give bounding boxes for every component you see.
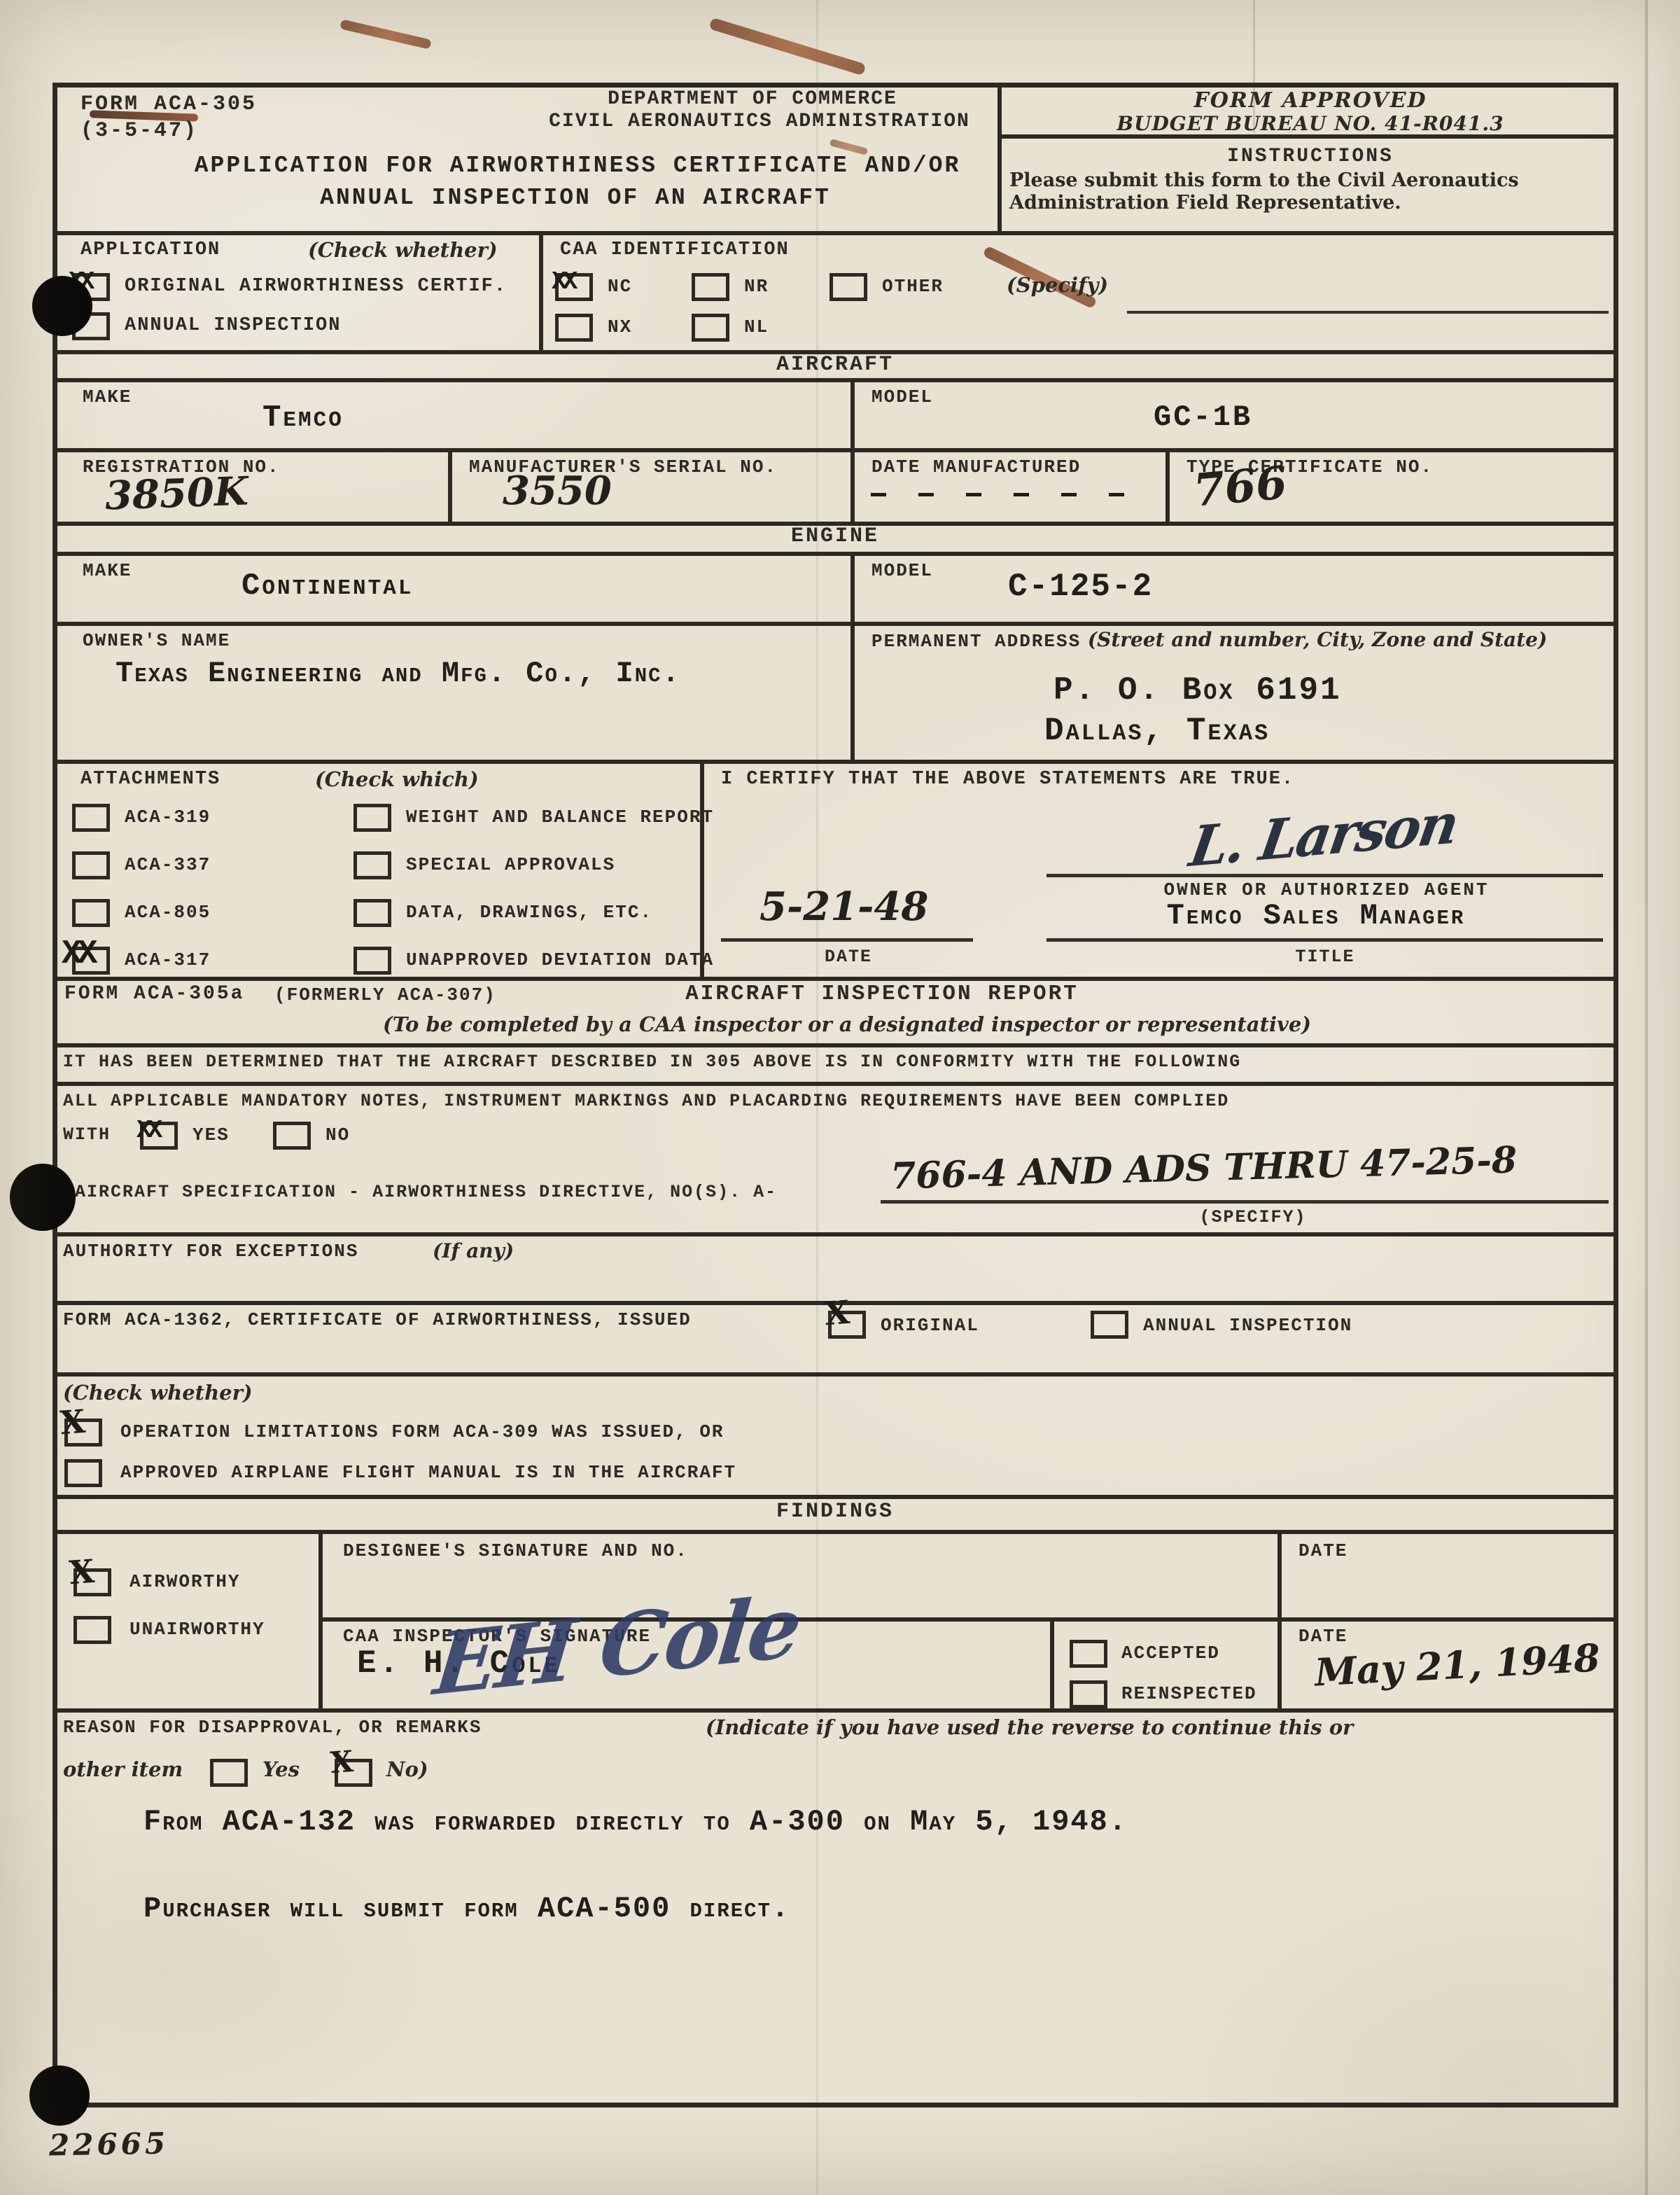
checkmark-complied-yes: XX: [136, 1116, 158, 1145]
checkbox-aca-805[interactable]: [72, 899, 110, 927]
checkbox-nx[interactable]: [555, 314, 593, 342]
checkbox-unairworthy[interactable]: [73, 1616, 111, 1644]
designee-signature-label: DESIGNEE'S SIGNATURE AND NO.: [343, 1540, 688, 1561]
option-nx-label: NX: [608, 316, 632, 337]
permanent-address-note: (Street and number, City, Zone and State…: [1088, 628, 1547, 651]
checkbox-aca-319[interactable]: [72, 804, 110, 832]
remarks-note1: (Indicate if you have used the reverse t…: [706, 1715, 1353, 1739]
unairworthy-label: UNAIRWORTHY: [129, 1619, 265, 1640]
attachments-label: ATTACHMENTS: [80, 769, 220, 790]
operation-limitations-label: OPERATION LIMITATIONS FORM ACA-309 WAS I…: [120, 1421, 724, 1442]
checkbox-reverse-yes[interactable]: [210, 1759, 248, 1787]
other-specify-line[interactable]: [1127, 311, 1609, 314]
application-note: (Check whether): [308, 238, 498, 262]
option-annual-inspection-label: ANNUAL INSPECTION: [125, 315, 341, 336]
checkmark-airworthy: X: [68, 1552, 95, 1591]
header-divider: [997, 83, 1002, 231]
paper-edge-strip: [1649, 0, 1680, 2195]
compliance-text-line1: ALL APPLICABLE MANDATORY NOTES, INSTRUME…: [63, 1091, 1229, 1111]
owner-title-label: TITLE: [1295, 947, 1354, 967]
instructions-title: INSTRUCTIONS: [1227, 146, 1394, 167]
specify-label: (SPECIFY): [1199, 1207, 1306, 1227]
option-special-approvals-label: SPECIAL APPROVALS: [406, 854, 615, 875]
engine-model-label: MODEL: [871, 560, 933, 581]
reverse-yes-label: Yes: [262, 1757, 300, 1781]
owner-name-label: OWNER'S NAME: [83, 630, 230, 651]
option-data-drawings-label: DATA, DRAWINGS, ETC.: [406, 902, 652, 923]
complied-no-label: NO: [325, 1124, 350, 1145]
checkbox-reinspected[interactable]: [1070, 1680, 1107, 1708]
checkbox-data-drawings[interactable]: [353, 899, 391, 927]
checkbox-flight-manual[interactable]: [64, 1459, 102, 1487]
application-divider: [539, 231, 543, 350]
option-nc-label: NC: [608, 276, 632, 297]
inspection-form-number: FORM ACA-305a: [64, 983, 244, 1005]
findings-accepted-divider: [1050, 1617, 1054, 1708]
checkbox-issued-annual[interactable]: [1091, 1311, 1128, 1339]
engine-model-value: C-125-2: [1008, 569, 1153, 605]
rule: [52, 977, 1618, 981]
date-manufactured-value: – – – – – –: [868, 475, 1130, 515]
owner-title-value: Temco Sales Manager: [1167, 899, 1466, 933]
engine-make-label: MAKE: [83, 560, 132, 581]
checkbox-accepted[interactable]: [1070, 1640, 1107, 1668]
rule: [52, 1082, 1618, 1086]
inspection-formerly: (FORMERLY ACA-307): [274, 984, 496, 1005]
owner-title-line[interactable]: [1046, 938, 1603, 942]
checkmark-reverse-no: X: [329, 1744, 354, 1780]
application-label: APPLICATION: [80, 239, 220, 260]
checkbox-special-approvals[interactable]: [353, 851, 391, 879]
engine-divider: [850, 552, 855, 760]
certificate-1362-text: FORM ACA-1362, CERTIFICATE OF AIRWORTHIN…: [63, 1309, 692, 1330]
hole-punch: [29, 2065, 90, 2126]
aircraft-make-value: Temco: [262, 400, 344, 435]
hole-punch: [10, 1164, 76, 1231]
compliance-text-line2: WITH: [63, 1124, 111, 1145]
authority-exceptions-note: (If any): [433, 1239, 514, 1262]
spec-directive-label: (AIRCRAFT SPECIFICATION - AIRWORTHINESS …: [63, 1182, 777, 1202]
check-whether-note: (Check whether): [63, 1381, 253, 1405]
footer-serial-stamp: 22665: [49, 2126, 169, 2163]
instructions-body: Please submit this form to the Civil Aer…: [1009, 169, 1611, 215]
checkbox-other[interactable]: [829, 273, 867, 301]
form-number: FORM ACA-305: [80, 92, 257, 116]
reinspected-label: REINSPECTED: [1121, 1683, 1257, 1704]
checkbox-aca-337[interactable]: [72, 851, 110, 879]
department-name: DEPARTMENT OF COMMERCE: [608, 88, 897, 110]
findings-date2-label: DATE: [1298, 1626, 1347, 1647]
checkbox-weight-balance[interactable]: [353, 804, 391, 832]
form-title-line1: APPLICATION FOR AIRWORTHINESS CERTIFICAT…: [195, 153, 961, 179]
form-revision-date: (3-5-47): [80, 119, 198, 143]
checkbox-nl[interactable]: [692, 314, 729, 342]
engine-make-value: Continental: [241, 569, 413, 604]
remarks-label: REASON FOR DISAPPROVAL, OR REMARKS: [63, 1717, 482, 1738]
type-cert-divider: [1165, 448, 1170, 522]
option-unapproved-deviation-label: UNAPPROVED DEVIATION DATA: [406, 949, 714, 970]
owner-signature-line[interactable]: [1046, 874, 1603, 877]
remarks-line2: Purchaser will submit form ACA-500 direc…: [143, 1892, 790, 1925]
hole-punch: [32, 276, 92, 336]
rule: [52, 622, 1618, 626]
owner-address-line2: Dallas, Texas: [1044, 713, 1270, 749]
remarks-note2: other item: [63, 1757, 183, 1781]
rule: [52, 1232, 1618, 1236]
administration-name: CIVIL AERONAUTICS ADMINISTRATION: [549, 111, 970, 132]
other-specify-note: (Specify): [1007, 273, 1108, 297]
approved-box-divider: [997, 134, 1618, 139]
determination-text: IT HAS BEEN DETERMINED THAT THE AIRCRAFT…: [63, 1052, 1241, 1072]
scanned-form-page: FORM ACA-305 (3-5-47) DEPARTMENT OF COMM…: [0, 0, 1680, 2195]
option-aca-317-label: ACA-317: [125, 949, 211, 970]
rule: [52, 760, 1618, 764]
remarks-line1: From ACA-132 was forwarded directly to A…: [143, 1805, 1128, 1839]
checkbox-nr[interactable]: [692, 273, 729, 301]
owner-name-value: Texas Engineering and Mfg. Co., Inc.: [115, 657, 681, 690]
option-original-airworthiness-label: ORIGINAL AIRWORTHINESS CERTIF.: [125, 276, 507, 297]
rule: [52, 1372, 1618, 1377]
engine-section-title: ENGINE: [791, 524, 879, 548]
form-approved-line2: BUDGET BUREAU NO. 41-R041.3: [1116, 112, 1504, 135]
option-nl-label: NL: [744, 316, 769, 337]
permanent-address-label-text: PERMANENT ADDRESS: [871, 631, 1081, 652]
registration-divider: [448, 448, 452, 522]
owner-address-line1: P. O. Box 6191: [1053, 672, 1342, 709]
option-aca-337-label: ACA-337: [125, 854, 211, 875]
serial-value: 3550: [503, 468, 612, 514]
rust-stain: [709, 18, 867, 76]
rule: [52, 552, 1618, 556]
registration-value: 3850K: [104, 468, 249, 519]
rule: [52, 378, 1618, 382]
certification-date-value: 5-21-48: [759, 884, 928, 930]
caa-identification-label: CAA IDENTIFICATION: [560, 239, 790, 260]
option-weight-balance-label: WEIGHT AND BALANCE REPORT: [406, 807, 714, 828]
airworthy-label: AIRWORTHY: [129, 1571, 240, 1592]
certify-statement: I CERTIFY THAT THE ABOVE STATEMENTS ARE …: [721, 769, 1294, 790]
aircraft-section-title: AIRCRAFT: [776, 353, 894, 377]
owner-signature-caption: OWNER OR AUTHORIZED AGENT: [1163, 879, 1489, 900]
aircraft-make-label: MAKE: [83, 386, 132, 407]
option-aca-805-label: ACA-805: [125, 902, 211, 923]
rule: [52, 1043, 1618, 1047]
option-aca-319-label: ACA-319: [125, 807, 211, 828]
issued-annual-label: ANNUAL INSPECTION: [1143, 1315, 1352, 1336]
reverse-no-label: No): [386, 1757, 428, 1781]
checkmark-issued-original: X: [823, 1293, 850, 1332]
permanent-address-label: PERMANENT ADDRESS (Street and number, Ci…: [871, 627, 1599, 653]
findings-section-title: FINDINGS: [776, 1500, 894, 1524]
attachments-divider: [700, 760, 704, 977]
rule: [52, 448, 1618, 452]
findings-table-top: [52, 1530, 1618, 1534]
attachments-note: (Check which): [315, 767, 479, 791]
flight-manual-label: APPROVED AIRPLANE FLIGHT MANUAL IS IN TH…: [120, 1462, 736, 1483]
issued-original-label: ORIGINAL: [881, 1315, 979, 1336]
option-nr-label: NR: [744, 276, 769, 297]
checkmark-nc: XX: [552, 267, 573, 296]
rust-stain: [339, 19, 432, 49]
paper-edge-crease: [1645, 0, 1648, 2195]
rule: [52, 1495, 1618, 1499]
certification-date-line[interactable]: [721, 938, 973, 942]
findings-table-bottom: [52, 1708, 1618, 1713]
form-title-line2: ANNUAL INSPECTION OF AN AIRCRAFT: [320, 185, 831, 211]
aircraft-model-value: GC-1B: [1154, 400, 1252, 434]
rule: [52, 231, 1618, 235]
spec-directive-line[interactable]: [881, 1200, 1609, 1204]
checkbox-complied-no[interactable]: [273, 1122, 311, 1150]
complied-yes-label: YES: [192, 1124, 230, 1145]
inspection-subtitle: (To be completed by a CAA inspector or a…: [383, 1012, 1311, 1036]
checkbox-unapproved-deviation[interactable]: [353, 947, 391, 975]
option-other-label: OTHER: [882, 276, 944, 297]
certification-date-label: DATE: [825, 947, 872, 967]
inspection-title: AIRCRAFT INSPECTION REPORT: [685, 982, 1079, 1006]
checkmark-aca-317: XX: [62, 935, 94, 973]
findings-date1-label: DATE: [1298, 1540, 1347, 1561]
accepted-label: ACCEPTED: [1121, 1643, 1220, 1664]
form-approved-line1: FORM APPROVED: [1193, 88, 1427, 113]
aircraft-model-label: MODEL: [871, 386, 933, 407]
type-certificate-value: 766: [1191, 457, 1289, 517]
checkmark-operation-limitations: X: [59, 1402, 86, 1442]
authority-exceptions-label: AUTHORITY FOR EXCEPTIONS: [63, 1241, 358, 1262]
